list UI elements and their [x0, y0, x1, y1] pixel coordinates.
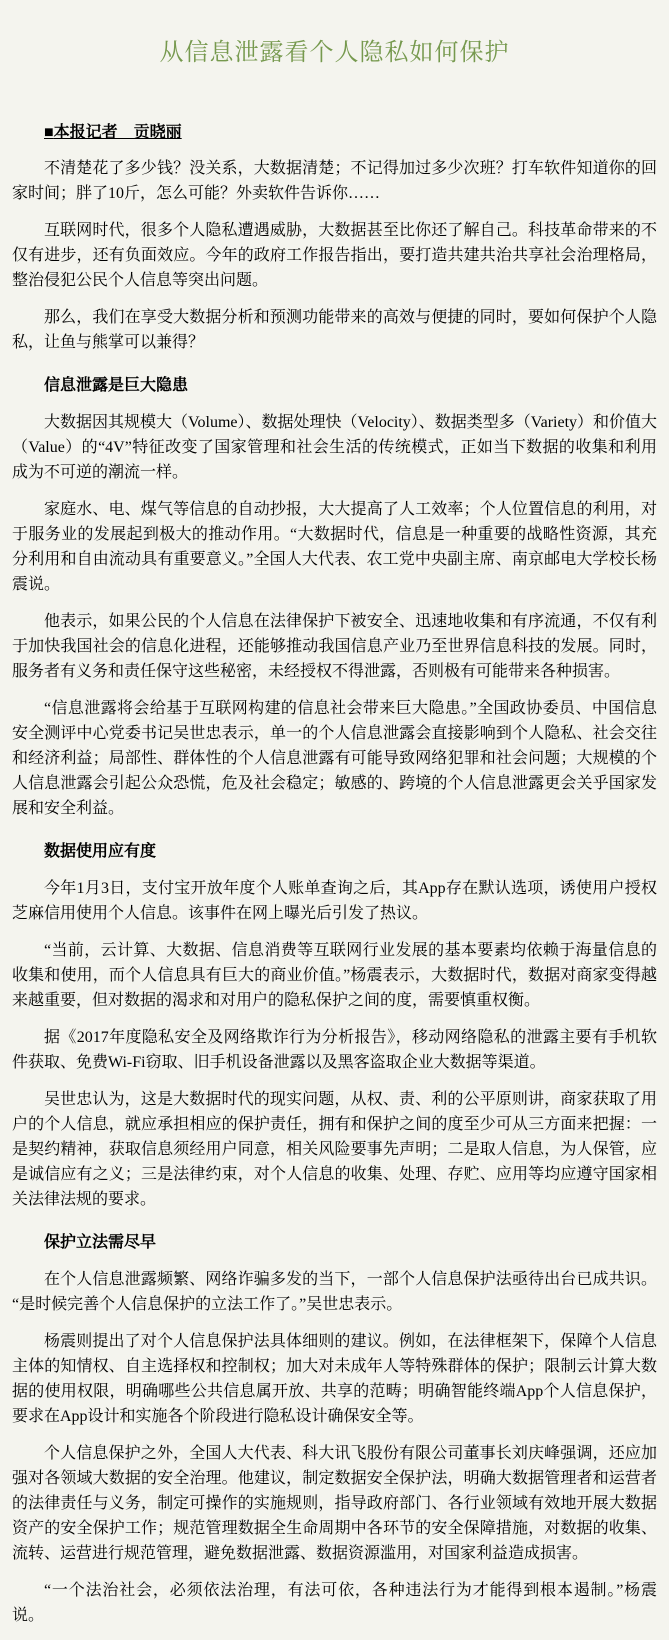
news-article: 从信息泄露看个人隐私如何保护 ■本报记者 贡晓丽 不清楚花了多少钱？没关系，大数…: [6, 0, 663, 1628]
paragraph-closing-quote: “一个法治社会，必须依法治理，有法可依，各种违法行为才能得到根本遏制。”杨震说。: [12, 1578, 657, 1628]
paragraph-alipay-incident: 今年1月3日，支付宝开放年度个人账单查询之后，其App存在默认选项，诱使用户授权…: [12, 876, 657, 926]
paragraph-question: 那么，我们在享受大数据分析和预测功能带来的高效与便捷的同时，要如何保护个人隐私，…: [12, 305, 657, 355]
paragraph-privacy-report: 据《2017年度隐私安全及网络欺诈行为分析报告》，移动网络隐私的泄露主要有手机软…: [12, 1025, 657, 1075]
paragraph-legislation-consensus: 在个人信息泄露频繁、网络诈骗多发的当下，一部个人信息保护法亟待出台已成共识。“是…: [12, 1267, 657, 1317]
paragraph-wushizhong-quote: “信息泄露将会给基于互联网构建的信息社会带来巨大隐患。”全国政协委员、中国信息安…: [12, 696, 657, 821]
byline-square-marker: ■: [44, 124, 54, 141]
paragraph-utility-info: 家庭水、电、煤气等信息的自动抄报，大大提高了人工效率；个人位置信息的利用，对于服…: [12, 497, 657, 597]
paragraph-intro-examples: 不清楚花了多少钱？没关系，大数据清楚；不记得加过多少次班？打车软件知道你的回家时…: [12, 156, 657, 206]
paragraph-internet-era: 互联网时代，很多个人隐私遭遇威胁，大数据甚至比你还了解自己。科技革命带来的不仅有…: [12, 218, 657, 293]
paragraph-yangzhen-view: 他表示，如果公民的个人信息在法律保护下被安全、迅速地收集和有序流通，不仅有利于加…: [12, 609, 657, 684]
paragraph-liuqingfeng-suggestions: 个人信息保护之外，全国人大代表、科大讯飞股份有限公司董事长刘庆峰强调，还应加强对…: [12, 1441, 657, 1566]
paragraph-commercial-value: “当前，云计算、大数据、信息消费等互联网行业发展的基本要素均依赖于海量信息的收集…: [12, 938, 657, 1013]
paragraph-three-principles: 吴世忠认为，这是大数据时代的现实问题，从权、责、利的公平原则讲，商家获取了用户的…: [12, 1087, 657, 1212]
section-heading-leak-hazard: 信息泄露是巨大隐患: [12, 373, 657, 398]
byline: ■本报记者 贡晓丽: [12, 122, 657, 144]
paragraph-4v-features: 大数据因其规模大（Volume）、数据处理快（Velocity）、数据类型多（V…: [12, 410, 657, 485]
paragraph-yangzhen-suggestions: 杨震则提出了对个人信息保护法具体细则的建议。例如，在法律框架下，保障个人信息主体…: [12, 1329, 657, 1429]
page-background: { "colors": { "background": "#f4f4ee", "…: [0, 0, 669, 1628]
section-heading-legislation: 保护立法需尽早: [12, 1230, 657, 1255]
section-heading-data-usage: 数据使用应有度: [12, 839, 657, 864]
byline-text: 本报记者 贡晓丽: [54, 124, 182, 141]
article-title: 从信息泄露看个人隐私如何保护: [12, 0, 657, 68]
